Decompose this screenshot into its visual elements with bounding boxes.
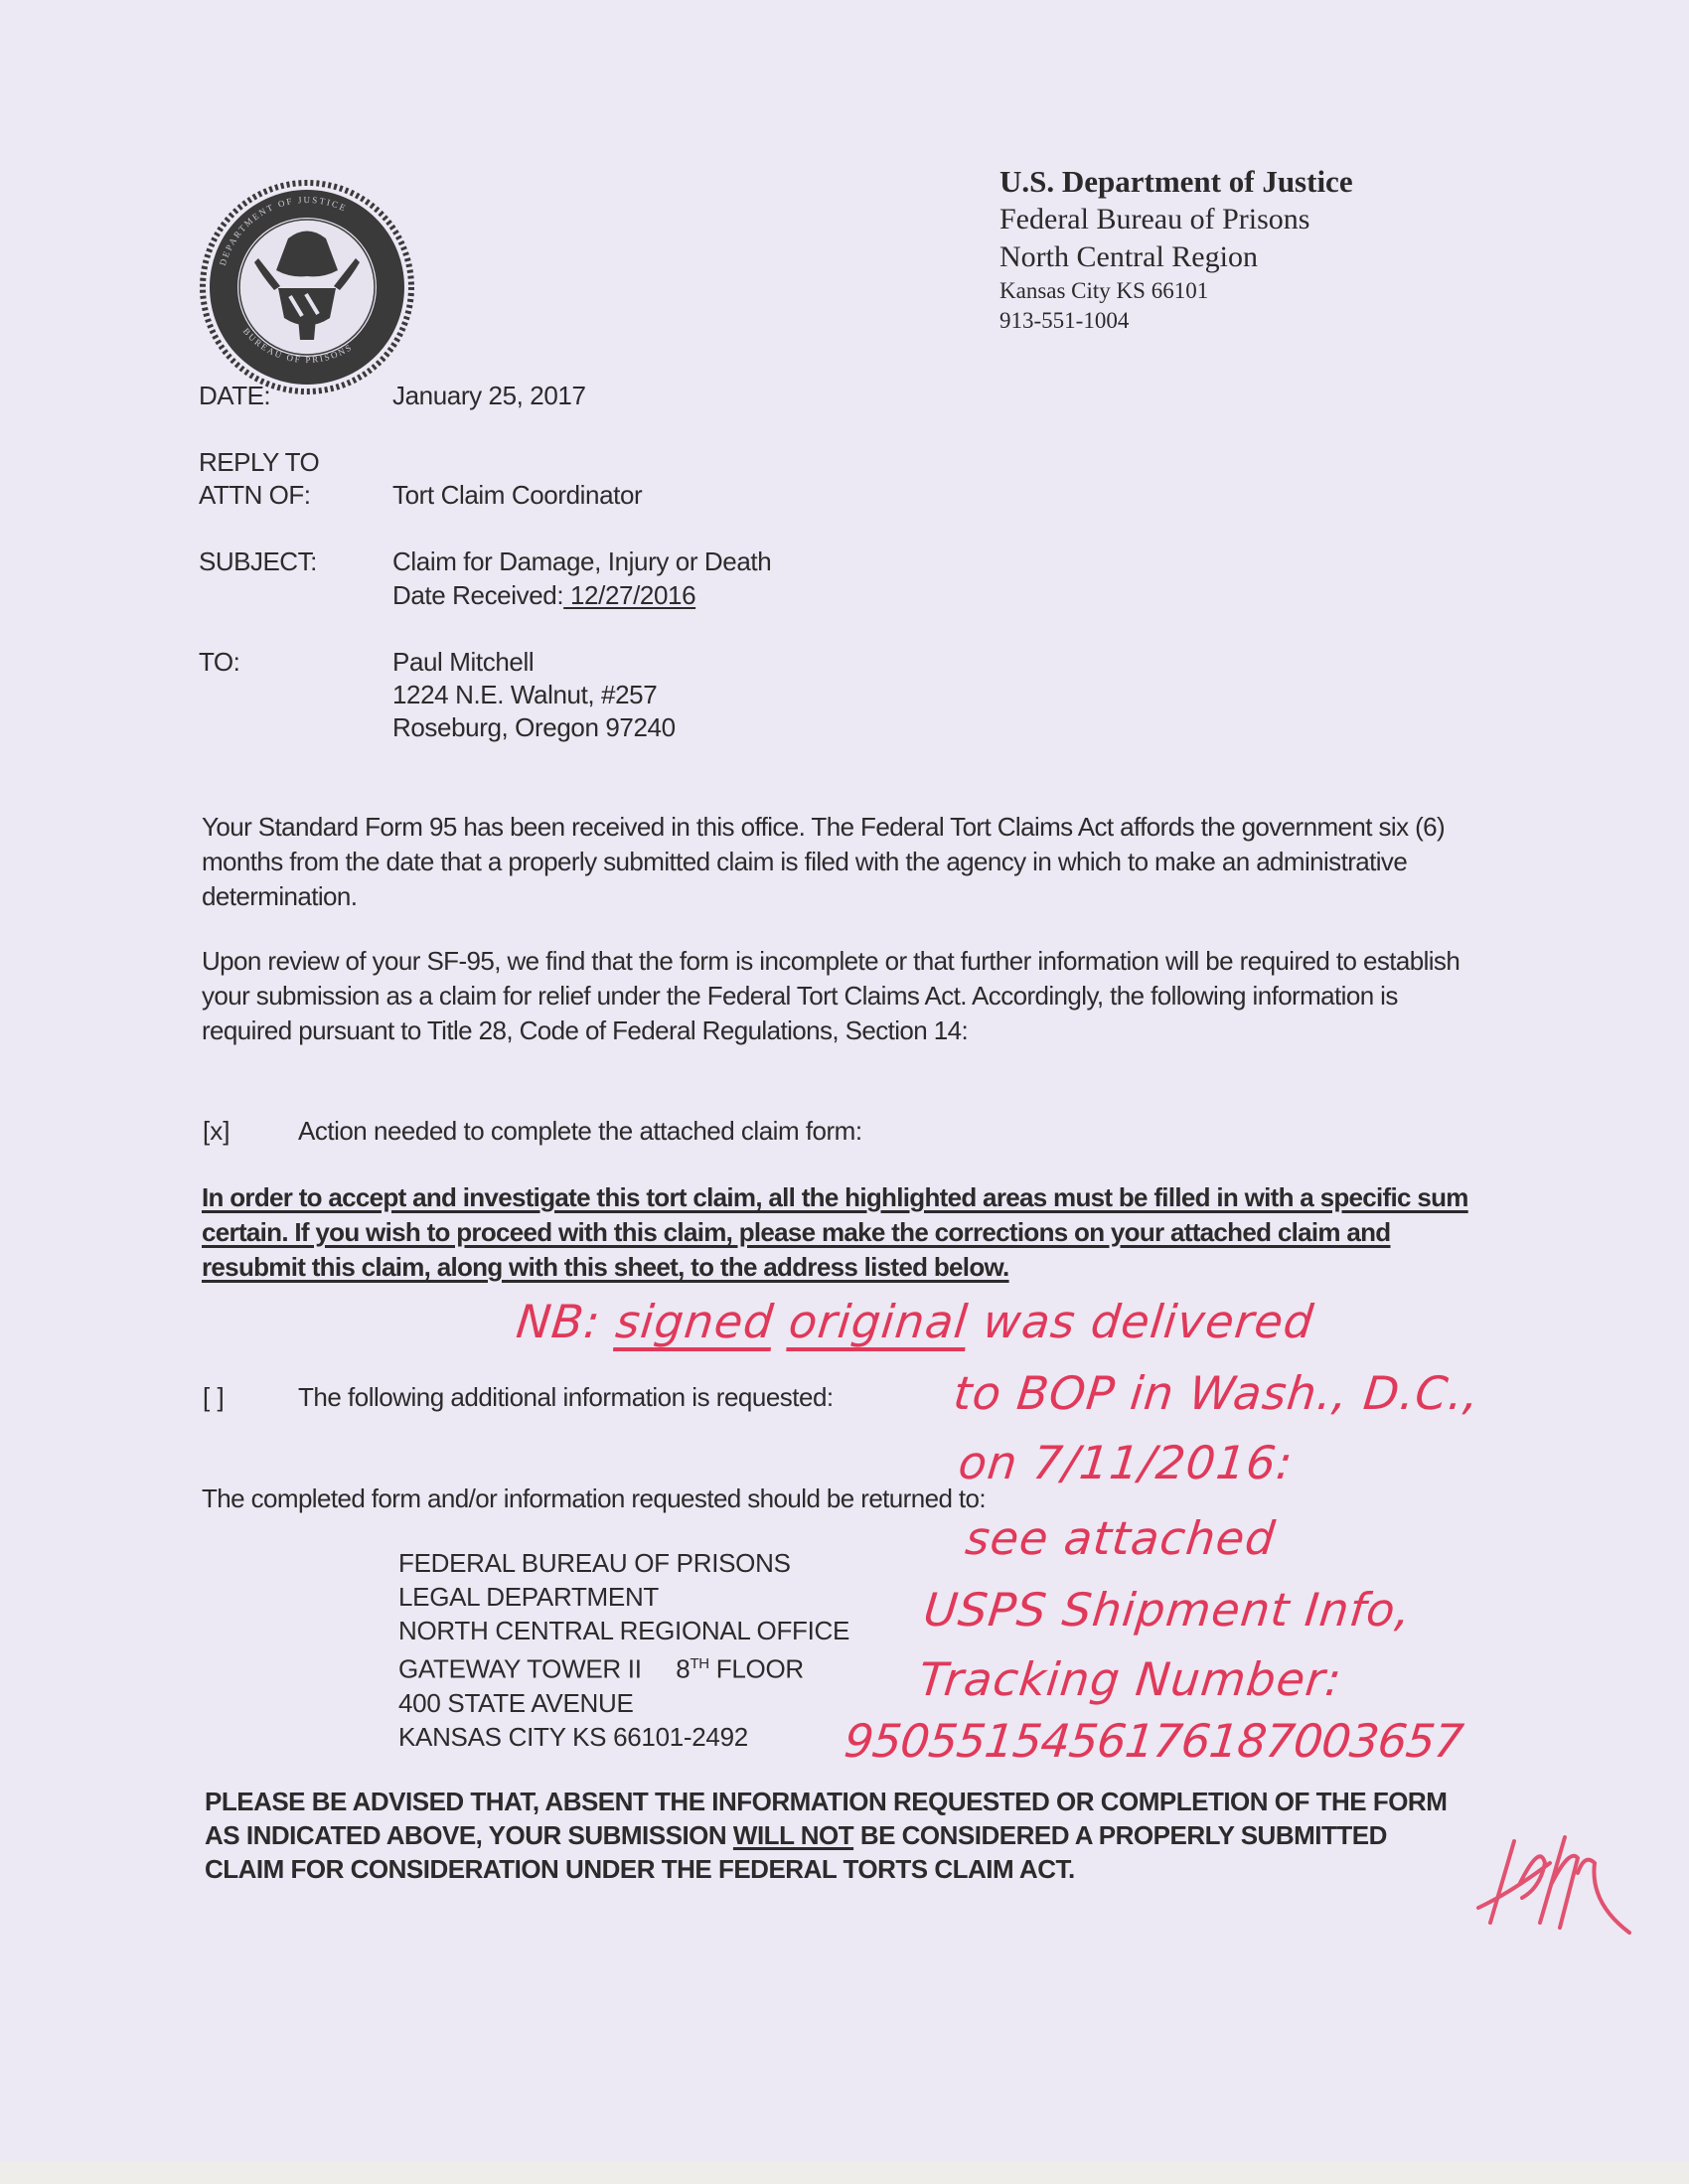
- date-label: DATE:: [199, 380, 270, 411]
- recipient-city: Roseburg, Oregon 97240: [392, 711, 676, 743]
- recipient-name: Paul Mitchell: [392, 646, 534, 678]
- advisory-notice: PLEASE BE ADVISED THAT, ABSENT THE INFOR…: [205, 1785, 1457, 1886]
- address-line: FEDERAL BUREAU OF PRISONS: [398, 1546, 849, 1580]
- checkbox-additional-info[interactable]: [ ]: [203, 1381, 225, 1413]
- handwritten-line-5: USPS Shipment Info,: [921, 1580, 1415, 1639]
- date-value: January 25, 2017: [392, 380, 586, 411]
- checkbox-action-needed-label: Action needed to complete the attached c…: [298, 1115, 862, 1147]
- handwritten-line-4: see attached: [963, 1508, 1279, 1568]
- instruction-text: In order to accept and investigate this …: [202, 1180, 1493, 1285]
- handwritten-line-6: Tracking Number:: [916, 1649, 1345, 1709]
- checkbox-additional-info-label: The following additional information is …: [298, 1381, 834, 1413]
- address-line: NORTH CENTRAL REGIONAL OFFICE: [398, 1614, 849, 1647]
- tracking-number: 9505515456176187003657: [842, 1711, 1465, 1771]
- subject-value: Claim for Damage, Injury or Death: [392, 546, 771, 577]
- reply-value: Tort Claim Coordinator: [392, 479, 642, 511]
- address-street: 400 STATE AVENUE: [398, 1686, 849, 1720]
- region-name: North Central Region: [999, 238, 1353, 276]
- address-tower-floor: GATEWAY TOWER II 8TH FLOOR: [398, 1647, 849, 1686]
- address-line: LEGAL DEPARTMENT: [398, 1580, 849, 1614]
- reply-label-line2: ATTN OF:: [199, 479, 311, 511]
- paragraph-receipt: Your Standard Form 95 has been received …: [202, 810, 1473, 914]
- scan-edge: [0, 2162, 1689, 2184]
- date-received: Date Received: 12/27/2016: [392, 579, 695, 611]
- city-state-zip: Kansas City KS 66101: [999, 276, 1353, 306]
- handwritten-line-3: on 7/11/2016:: [956, 1433, 1297, 1492]
- return-to-text: The completed form and/or information re…: [202, 1482, 986, 1514]
- bureau-name: Federal Bureau of Prisons: [999, 201, 1353, 238]
- date-received-value: 12/27/2016: [563, 580, 695, 610]
- checkbox-action-needed[interactable]: [x]: [203, 1115, 230, 1147]
- date-received-label: Date Received:: [392, 580, 563, 610]
- handwritten-line-2: to BOP in Wash., D.C.,: [951, 1363, 1482, 1423]
- to-label: TO:: [199, 646, 239, 678]
- recipient-street: 1224 N.E. Walnut, #257: [392, 679, 657, 710]
- subject-label: SUBJECT:: [199, 546, 317, 577]
- address-city: KANSAS CITY KS 66101-2492: [398, 1720, 849, 1754]
- handwritten-initials-icon: [1470, 1823, 1639, 1943]
- reply-label-line1: REPLY TO: [199, 446, 319, 478]
- will-not-emphasis: WILL NOT: [733, 1820, 853, 1850]
- paragraph-review: Upon review of your SF-95, we find that …: [202, 944, 1473, 1048]
- doj-seal-icon: DEPARTMENT OF JUSTICE BUREAU OF PRISONS: [199, 179, 415, 395]
- return-address: FEDERAL BUREAU OF PRISONS LEGAL DEPARTME…: [398, 1546, 849, 1754]
- phone-number: 913-551-1004: [999, 306, 1353, 336]
- department-name: U.S. Department of Justice: [999, 163, 1353, 201]
- letterhead: U.S. Department of Justice Federal Burea…: [999, 163, 1353, 336]
- handwritten-line-1: NB: signed original was delivered: [514, 1292, 1317, 1351]
